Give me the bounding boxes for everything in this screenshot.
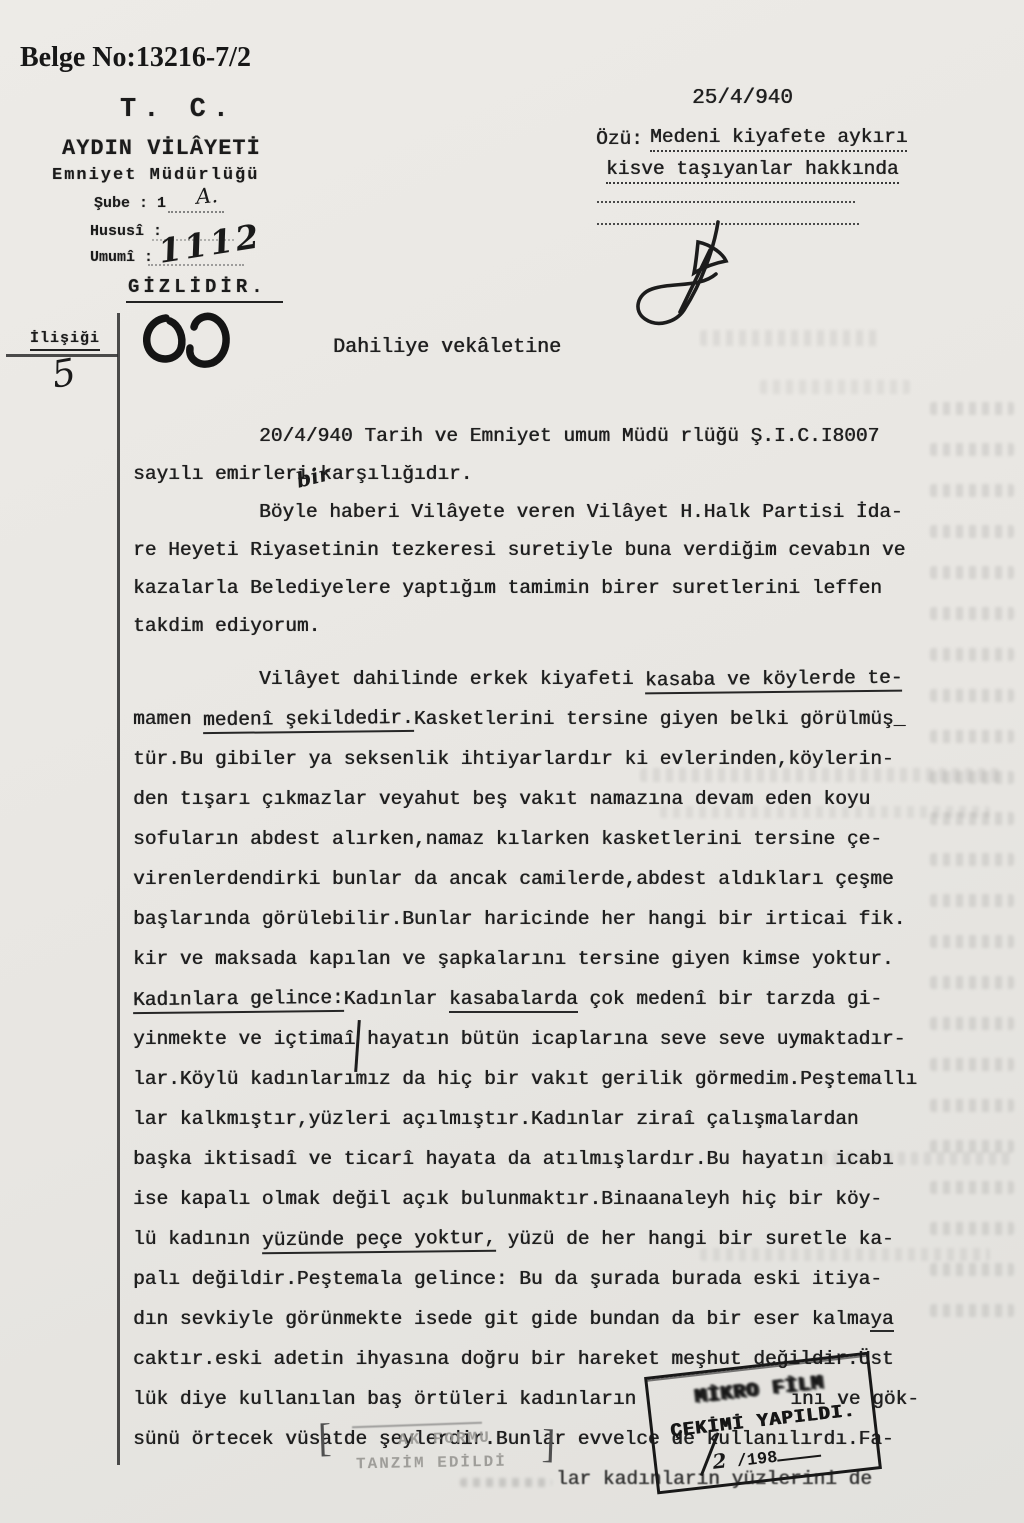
document-page: { "colors": { "ink": "#1f1f1f", "hand_in… xyxy=(0,0,1024,1523)
body-line-segment: ise kapalı olmak değil açık bulunmaktır.… xyxy=(133,1188,882,1210)
tc-title: T. C. xyxy=(120,95,236,125)
body-line-segment: palı değildir.Peştemala gelince: Bu da ş… xyxy=(133,1268,882,1290)
salutation: Dahiliye vekâletine xyxy=(333,338,561,358)
body-line-segment: Kasketlerini tersine giyen belki görülmü… xyxy=(414,708,905,730)
microfilm-stamp-number-prefix: 2 xyxy=(711,1448,728,1473)
body-line-segment: takdim ediyorum. xyxy=(133,615,320,637)
bleed-smudge xyxy=(930,566,1014,579)
body-line: palı değildir.Peştemala gelince: Bu da ş… xyxy=(133,1270,882,1290)
umumi-dash-rule xyxy=(148,264,244,266)
body-line-segment: yüzünde peçe yoktur, xyxy=(262,1229,496,1254)
sube-label: Şube : 1 xyxy=(94,195,166,212)
ilisigi-label: İlişiği xyxy=(30,330,100,351)
body-line: Böyle haberi Vilâyete veren Vilâyet H.Ha… xyxy=(259,503,903,523)
stamp-bracket-right: ] xyxy=(541,1420,556,1467)
body-line-segment: başka iktisadî ve ticarî hayata da atılm… xyxy=(133,1148,894,1170)
body-line: 20/4/940 Tarih ve Emniyet umum Müdü rlüğ… xyxy=(259,427,879,447)
gizlidir-label: GİZLİDİR. xyxy=(126,276,283,303)
body-line-segment: yinmekte ve içtimaî hayatın bütün icapla… xyxy=(133,1028,905,1050)
ozu-rule-1 xyxy=(597,201,855,203)
ozu-line1: Medeni kiyafete aykırı xyxy=(650,128,907,152)
bleed-smudge xyxy=(930,1263,1014,1276)
body-line: mamen medenî şekildedir.Kasketlerini ter… xyxy=(133,710,905,733)
body-line: başka iktisadî ve ticarî hayata da atılm… xyxy=(133,1150,894,1170)
body-line: virenlerdendirki bunlar da ancak camiler… xyxy=(133,870,894,890)
body-line-segment: tür.Bu gibiler ya seksenlik ihtiyarlardı… xyxy=(133,748,894,770)
bleed-smudge xyxy=(930,689,1014,702)
vilayet-title: AYDIN VİLÂYETİ xyxy=(62,136,261,161)
body-line-segment: re Heyeti Riyasetinin tezkeresi suretiyl… xyxy=(133,539,905,561)
body-line-segment: lar.Köylü kadınlarımız da hiç bir vakıt … xyxy=(133,1068,917,1090)
body-line: lar.Köylü kadınlarımız da hiç bir vakıt … xyxy=(133,1070,917,1090)
body-line-segment: kazalarla Belediyelere yaptığım tamimin … xyxy=(133,577,882,599)
belge-no: Belge No:13216-7/2 xyxy=(20,42,251,74)
bleed-smudge xyxy=(930,1222,1014,1235)
body-line-segment: 20/4/940 Tarih ve Emniyet umum Müdü rlüğ… xyxy=(259,425,879,447)
body-line-segment: sayılı emirleri karşılığıdır. xyxy=(133,463,472,485)
body-line: takdim ediyorum. xyxy=(133,617,320,637)
body-line: sofuların abdest alırken,namaz kılarken … xyxy=(133,830,882,850)
bleed-smudge xyxy=(930,894,1014,907)
body-line-segment: Vilâyet dahilinde erkek kiyafeti xyxy=(259,668,645,690)
bleed-smudge xyxy=(930,1181,1014,1194)
body-line-segment: dın sevkiyle görünmekte isede git gide b… xyxy=(133,1308,870,1330)
stamp-bracket-left: [ xyxy=(317,1414,332,1461)
bleed-smudge xyxy=(930,935,1014,948)
body-line-segment: Kadınlara gelince: xyxy=(133,989,344,1014)
body-line-segment: kasaba ve köylerde te- xyxy=(645,669,903,694)
sube-dash-rule xyxy=(168,211,224,213)
hususi-label: Hususî : xyxy=(90,223,162,240)
body-line-segment: lar kalkmıştır,yüzleri açılmıştır.Kadınl… xyxy=(133,1108,859,1130)
body-line-segment: Kadınlar xyxy=(344,988,449,1010)
document-date: 25/4/940 xyxy=(692,88,793,109)
body-line: lar kalkmıştır,yüzleri açılmıştır.Kadınl… xyxy=(133,1110,859,1130)
microfilm-stamp-number-tail xyxy=(778,1455,822,1462)
bleed-smudge xyxy=(930,607,1014,620)
body-line-segment: Böyle haberi Vilâyete veren Vilâyet H.Ha… xyxy=(259,501,903,523)
bleed-smudge xyxy=(930,484,1014,497)
bleed-smudge xyxy=(930,1058,1014,1071)
body-line-segment: medenî şekildedir. xyxy=(203,709,414,734)
sube-value-handwritten: A. xyxy=(195,183,219,209)
bleed-smudge xyxy=(930,1017,1014,1030)
archive-stamp-line2: TANZİM EDİLDİ xyxy=(356,1453,507,1474)
bleed-smudge xyxy=(930,853,1014,866)
bleed-smudge xyxy=(930,1099,1014,1112)
body-line: sayılı emirleri karşılığıdır. xyxy=(133,465,472,485)
bleed-smudge xyxy=(930,402,1014,415)
body-line-segment: başlarında görülebilir.Bunlar haricinde … xyxy=(133,908,905,930)
body-line: re Heyeti Riyasetinin tezkeresi suretiyl… xyxy=(133,541,905,561)
bleed-smudge xyxy=(820,1152,1010,1165)
bleed-smudge xyxy=(700,1248,990,1261)
microfilm-stamp-number: /198 xyxy=(736,1449,779,1472)
umumi-label: Umumî : xyxy=(90,249,153,266)
body-line-segment: kasabalarda xyxy=(449,988,578,1013)
body-line-segment: ya xyxy=(870,1308,893,1332)
body-line-segment: kir ve maksada kapılan ve şapkalarını te… xyxy=(133,948,894,970)
mudurluk-title: Emniyet Müdürlüğü xyxy=(52,166,259,185)
body-line: yinmekte ve içtimaî hayatın bütün icapla… xyxy=(133,1030,905,1050)
body-line: kir ve maksada kapılan ve şapkalarını te… xyxy=(133,950,894,970)
paraph-doodle xyxy=(136,308,242,372)
body-line: tür.Bu gibiler ya seksenlik ihtiyarlardı… xyxy=(133,750,894,770)
margin-vertical-rule xyxy=(117,313,120,1465)
bleed-smudge xyxy=(660,806,990,818)
body-line-segment: çok medenî bir tarzda gi- xyxy=(578,988,882,1010)
signature-scribble xyxy=(622,216,772,336)
bleed-smudge xyxy=(930,730,1014,743)
body-line: başlarında görülebilir.Bunlar haricinde … xyxy=(133,910,905,930)
umumi-value-handwritten: 1112 xyxy=(156,216,265,271)
ozu-line2: kisve taşıyanlar hakkında xyxy=(606,160,899,184)
body-line-segment: lü kadının xyxy=(133,1228,262,1250)
body-line-segment: yüzü de her hangi bir suretle ka- xyxy=(496,1228,894,1250)
bleed-smudge xyxy=(760,380,910,394)
bleed-smudge xyxy=(930,525,1014,538)
body-line-segment: mamen xyxy=(133,708,203,730)
bleed-smudge xyxy=(640,768,1000,782)
ozu-label: Özü: xyxy=(596,130,643,150)
ilisigi-value-handwritten: 5 xyxy=(48,350,79,396)
body-line-segment: virenlerdendirki bunlar da ancak camiler… xyxy=(133,868,894,890)
body-line: ise kapalı olmak değil açık bulunmaktır.… xyxy=(133,1190,882,1210)
body-line-segment: lük diye kullanılan baş örtüleri kadınla… xyxy=(133,1388,636,1410)
body-line: dın sevkiyle görünmekte isede git gide b… xyxy=(133,1310,894,1330)
bleed-smudge xyxy=(460,1478,552,1487)
bleed-smudge xyxy=(930,976,1014,989)
body-line: Vilâyet dahilinde erkek kiyafeti kasaba … xyxy=(259,670,903,693)
body-line-segment: sofuların abdest alırken,namaz kılarken … xyxy=(133,828,882,850)
body-line: kazalarla Belediyelere yaptığım tamimin … xyxy=(133,579,882,599)
bleed-smudge xyxy=(930,443,1014,456)
bleed-smudge xyxy=(700,330,880,346)
bleed-smudge xyxy=(930,1304,1014,1317)
archive-stamp-line1: AK FORMU xyxy=(398,1429,491,1449)
bleed-smudge xyxy=(930,648,1014,661)
body-line: Kadınlara gelince:Kadınlar kasabalarda ç… xyxy=(133,990,882,1013)
